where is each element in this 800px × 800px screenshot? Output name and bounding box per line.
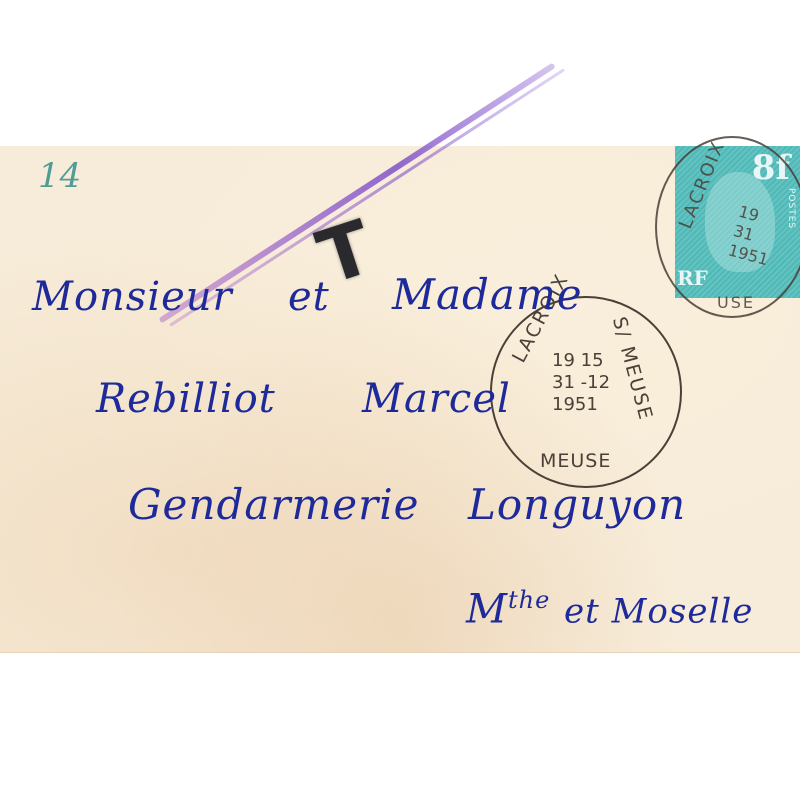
envelope: 14 T 8f POSTES RF LACROIX 19 31 1951 USE… <box>0 146 800 653</box>
address-line-1-b: et <box>288 274 330 320</box>
postmark-stamp-department: USE <box>717 293 755 312</box>
address-line-1-a: Monsieur <box>32 274 233 320</box>
postmark-suffix: S/ MEUSE <box>608 315 657 424</box>
postmark-stamp-date: 19 31 1951 <box>726 202 781 270</box>
address-line-4-a: M <box>466 586 508 632</box>
postmark-date: 19 15 31 -12 1951 <box>552 350 610 416</box>
postmark-main: LACROIX S/ MEUSE 19 15 31 -12 1951 MEUSE <box>490 296 682 488</box>
address-line-2-a: Rebilliot <box>96 376 276 422</box>
address-line-1-c: Madame <box>392 270 583 319</box>
address-line-2-b: Marcel <box>362 376 511 422</box>
address-line-4: Mthe et Moselle <box>466 586 753 632</box>
postmark-on-stamp: LACROIX 19 31 1951 USE <box>655 136 800 318</box>
postmark-department: MEUSE <box>540 450 611 472</box>
pencil-note: 14 <box>38 156 81 196</box>
address-line-3-b: Longuyon <box>468 480 686 529</box>
address-line-3-a: Gendarmerie <box>128 480 420 529</box>
address-line-4-b: et Moselle <box>564 591 753 631</box>
address-line-4-sup: the <box>508 586 550 614</box>
